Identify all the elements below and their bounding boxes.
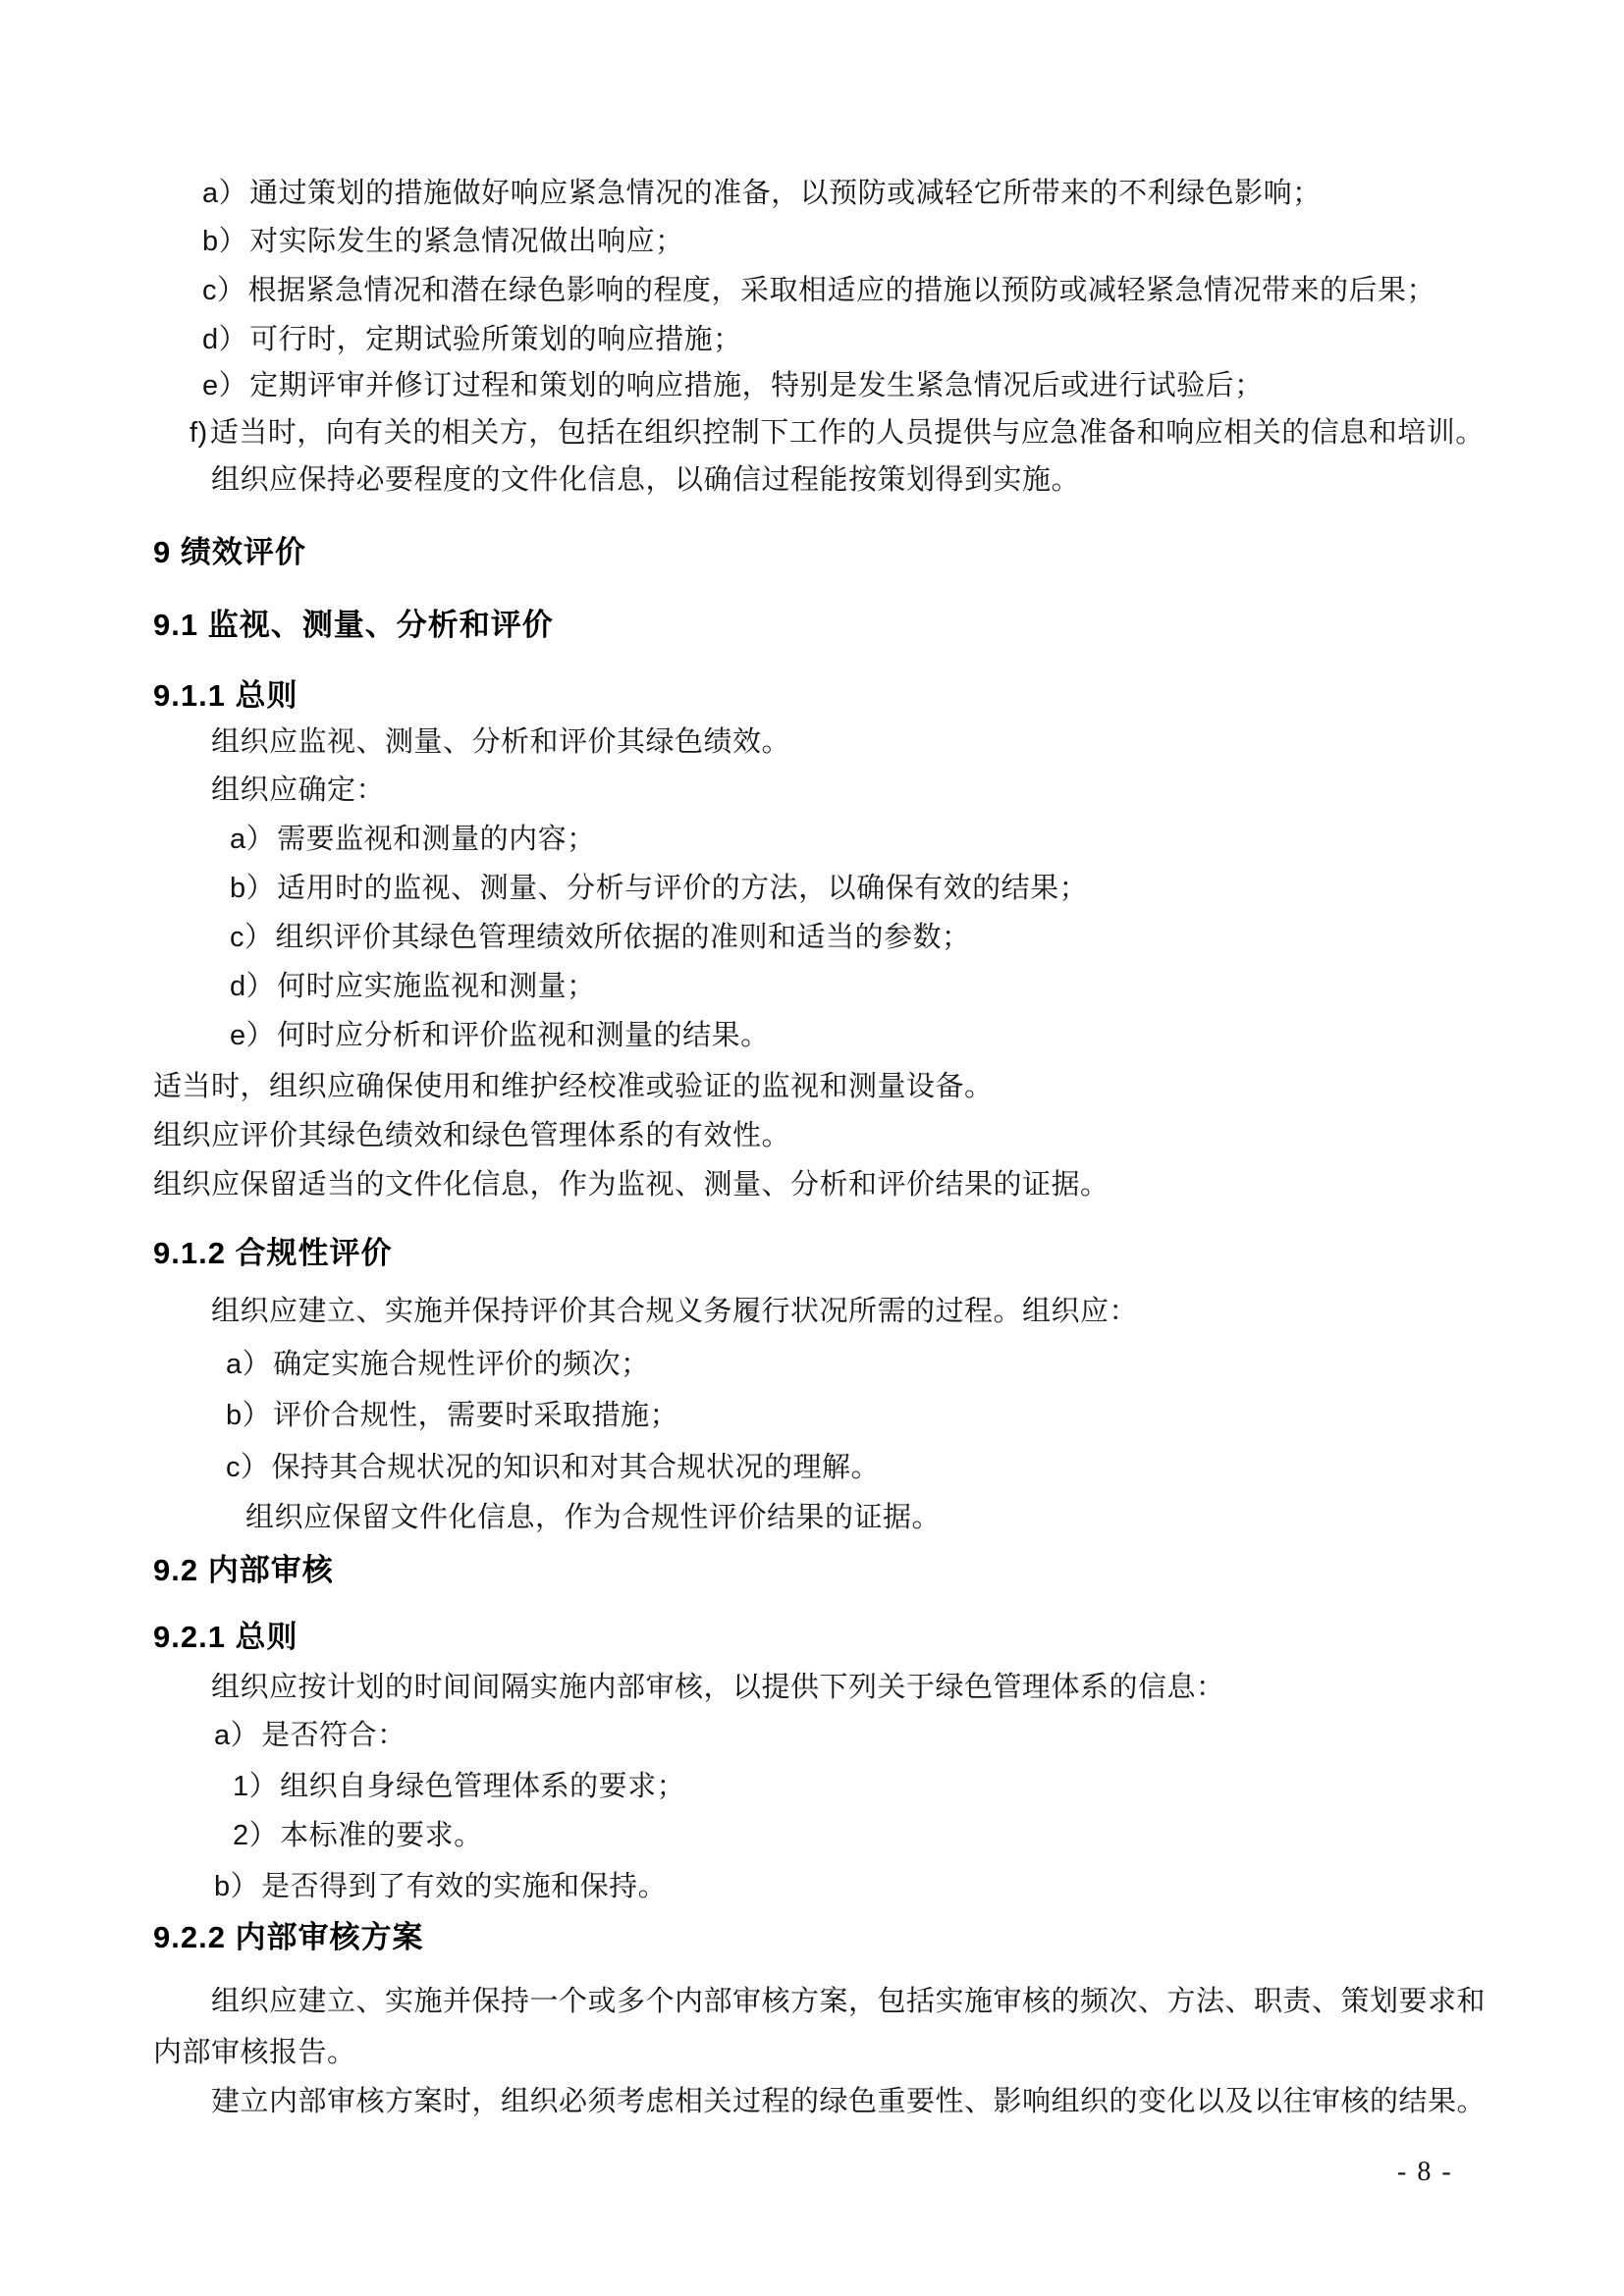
paragraph: 适当时，组织应确保使用和维护经校准或验证的监视和测量设备。	[153, 1067, 994, 1106]
line-text: 保持其合规状况的知识和对其合规状况的理解。	[272, 1452, 881, 1483]
list-item: e）定期评审并修订过程和策划的响应措施，特别是发生紧急情况后或进行试验后；	[202, 366, 1264, 405]
line-text: 何时应实施监视和测量；	[277, 971, 596, 1002]
heading-text: 9.1 监视、测量、分析和评价	[153, 608, 554, 642]
list-marker: 1）	[233, 1771, 278, 1802]
list-item: a）是否符合：	[214, 1716, 406, 1755]
list-item: b）适用时的监视、测量、分析与评价的方法，以确保有效的结果；	[230, 869, 1088, 908]
heading-text: 9.2.1 总则	[153, 1620, 298, 1654]
list-item: a）需要监视和测量的内容；	[230, 820, 596, 859]
list-marker: e）	[202, 370, 247, 401]
list-marker: d）	[230, 971, 275, 1002]
line-text: 组织应确定：	[211, 774, 385, 806]
line-text: 适当时，向有关的相关方，包括在组织控制下工作的人员提供与应急准备和响应相关的信息…	[210, 417, 1485, 449]
paragraph: 内部审核报告。	[153, 2033, 356, 2072]
line-text: 根据紧急情况和潜在绿色影响的程度，采取相适应的措施以预防或减轻紧急情况带来的后果…	[248, 275, 1436, 306]
line-text: 组织应评价其绿色绩效和绿色管理体系的有效性。	[153, 1120, 790, 1151]
section-heading: 9.1.2 合规性评价	[153, 1234, 393, 1273]
list-item: b）是否得到了有效的实施和保持。	[214, 1867, 667, 1906]
paragraph: 建立内部审核方案时，组织必须考虑相关过程的绿色重要性、影响组织的变化以及以往审核…	[211, 2082, 1486, 2121]
line-text: 何时应分析和评价监视和测量的结果。	[277, 1020, 770, 1051]
list-item: a）确定实施合规性评价的频次；	[226, 1345, 650, 1384]
section-heading: 9.2 内部审核	[153, 1551, 334, 1590]
line-text: 评价合规性，需要时采取措施；	[273, 1400, 678, 1431]
heading-text: 9.2 内部审核	[153, 1553, 334, 1587]
line-text: 组织自身绿色管理体系的要求；	[280, 1771, 685, 1802]
list-item: 1）组织自身绿色管理体系的要求；	[233, 1767, 685, 1806]
line-text: 需要监视和测量的内容；	[277, 824, 596, 855]
line-text: 对实际发生的紧急情况做出响应；	[249, 226, 684, 257]
line-text: 建立内部审核方案时，组织必须考虑相关过程的绿色重要性、影响组织的变化以及以往审核…	[211, 2086, 1486, 2117]
paragraph: 组织应评价其绿色绩效和绿色管理体系的有效性。	[153, 1116, 790, 1155]
line-text: 可行时，定期试验所策划的响应措施；	[249, 324, 742, 355]
section-heading: 9 绩效评价	[153, 533, 306, 572]
list-marker: f)	[189, 417, 208, 449]
line-text: 组织应按计划的时间间隔实施内部审核，以提供下列关于绿色管理体系的信息：	[211, 1672, 1225, 1703]
list-marker: c）	[226, 1452, 270, 1483]
list-marker: b）	[202, 226, 247, 257]
list-marker: b）	[214, 1871, 259, 1902]
list-marker: a）	[202, 178, 247, 209]
line-text: 组织应保留适当的文件化信息，作为监视、测量、分析和评价结果的证据。	[153, 1169, 1110, 1201]
list-item: c）组织评价其绿色管理绩效所依据的准则和适当的参数；	[230, 918, 971, 957]
paragraph: 组织应保持必要程度的文件化信息，以确信过程能按策划得到实施。	[211, 460, 1080, 500]
line-text: 是否符合：	[261, 1720, 406, 1751]
list-item: f)适当时，向有关的相关方，包括在组织控制下工作的人员提供与应急准备和响应相关的…	[189, 413, 1485, 453]
page-number: - 8 -	[1397, 2153, 1453, 2192]
list-marker: d）	[202, 324, 247, 355]
list-marker: c）	[202, 275, 246, 306]
line-text: 适当时，组织应确保使用和维护经校准或验证的监视和测量设备。	[153, 1071, 994, 1102]
paragraph: 组织应监视、测量、分析和评价其绿色绩效。	[211, 722, 790, 762]
list-item: d）何时应实施监视和测量；	[230, 967, 596, 1006]
line-text: 组织应保留文件化信息，作为合规性评价结果的证据。	[245, 1502, 941, 1533]
line-text: 通过策划的措施做好响应紧急情况的准备，以预防或减轻它所带来的不利绿色影响；	[249, 178, 1322, 209]
list-marker: a）	[230, 824, 275, 855]
heading-text: 9.2.2 内部审核方案	[153, 1920, 424, 1954]
section-heading: 9.2.1 总则	[153, 1618, 298, 1657]
line-text: 组织应建立、实施并保持一个或多个内部审核方案，包括实施审核的频次、方法、职责、策…	[211, 1986, 1486, 2017]
list-marker: 2）	[233, 1820, 278, 1851]
document-page: a）通过策划的措施做好响应紧急情况的准备，以预防或减轻它所带来的不利绿色影响；b…	[0, 0, 1624, 2296]
list-marker: a）	[214, 1720, 259, 1751]
list-marker: e）	[230, 1020, 275, 1051]
list-item: e）何时应分析和评价监视和测量的结果。	[230, 1016, 770, 1055]
heading-text: 9.1.2 合规性评价	[153, 1236, 393, 1270]
line-text: 定期评审并修订过程和策划的响应措施，特别是发生紧急情况后或进行试验后；	[249, 370, 1264, 401]
line-text: 本标准的要求。	[280, 1820, 483, 1851]
line-text: 组织评价其绿色管理绩效所依据的准则和适当的参数；	[276, 922, 971, 953]
list-marker: c）	[230, 922, 274, 953]
line-text: 组织应监视、测量、分析和评价其绿色绩效。	[211, 726, 790, 758]
paragraph: 组织应按计划的时间间隔实施内部审核，以提供下列关于绿色管理体系的信息：	[211, 1668, 1225, 1707]
section-heading: 9.2.2 内部审核方案	[153, 1918, 424, 1957]
line-text: 是否得到了有效的实施和保持。	[261, 1871, 667, 1902]
section-heading: 9.1 监视、测量、分析和评价	[153, 606, 554, 645]
paragraph: 组织应保留文件化信息，作为合规性评价结果的证据。	[245, 1498, 941, 1537]
line-text: 组织应保持必要程度的文件化信息，以确信过程能按策划得到实施。	[211, 464, 1080, 496]
paragraph: 组织应建立、实施并保持评价其合规义务履行状况所需的过程。组织应：	[211, 1292, 1138, 1331]
line-text: 适用时的监视、测量、分析与评价的方法，以确保有效的结果；	[277, 873, 1088, 904]
heading-text: 9.1.1 总则	[153, 678, 298, 713]
paragraph: 组织应确定：	[211, 771, 385, 810]
paragraph: 组织应建立、实施并保持一个或多个内部审核方案，包括实施审核的频次、方法、职责、策…	[211, 1982, 1486, 2021]
list-marker: b）	[230, 873, 275, 904]
list-item: 2）本标准的要求。	[233, 1816, 483, 1855]
line-text: 组织应建立、实施并保持评价其合规义务履行状况所需的过程。组织应：	[211, 1296, 1138, 1327]
list-item: c）保持其合规状况的知识和对其合规状况的理解。	[226, 1448, 880, 1487]
list-item: b）评价合规性，需要时采取措施；	[226, 1396, 678, 1435]
line-text: 内部审核报告。	[153, 2037, 356, 2068]
list-item: a）通过策划的措施做好响应紧急情况的准备，以预防或减轻它所带来的不利绿色影响；	[202, 174, 1322, 213]
paragraph: 组织应保留适当的文件化信息，作为监视、测量、分析和评价结果的证据。	[153, 1165, 1110, 1204]
list-item: c）根据紧急情况和潜在绿色影响的程度，采取相适应的措施以预防或减轻紧急情况带来的…	[202, 271, 1435, 310]
list-marker: a）	[226, 1349, 271, 1380]
line-text: 确定实施合规性评价的频次；	[273, 1349, 650, 1380]
section-heading: 9.1.1 总则	[153, 676, 298, 716]
list-marker: b）	[226, 1400, 271, 1431]
heading-text: 9 绩效评价	[153, 535, 306, 569]
list-item: d）可行时，定期试验所策划的响应措施；	[202, 320, 742, 359]
list-item: b）对实际发生的紧急情况做出响应；	[202, 222, 684, 261]
